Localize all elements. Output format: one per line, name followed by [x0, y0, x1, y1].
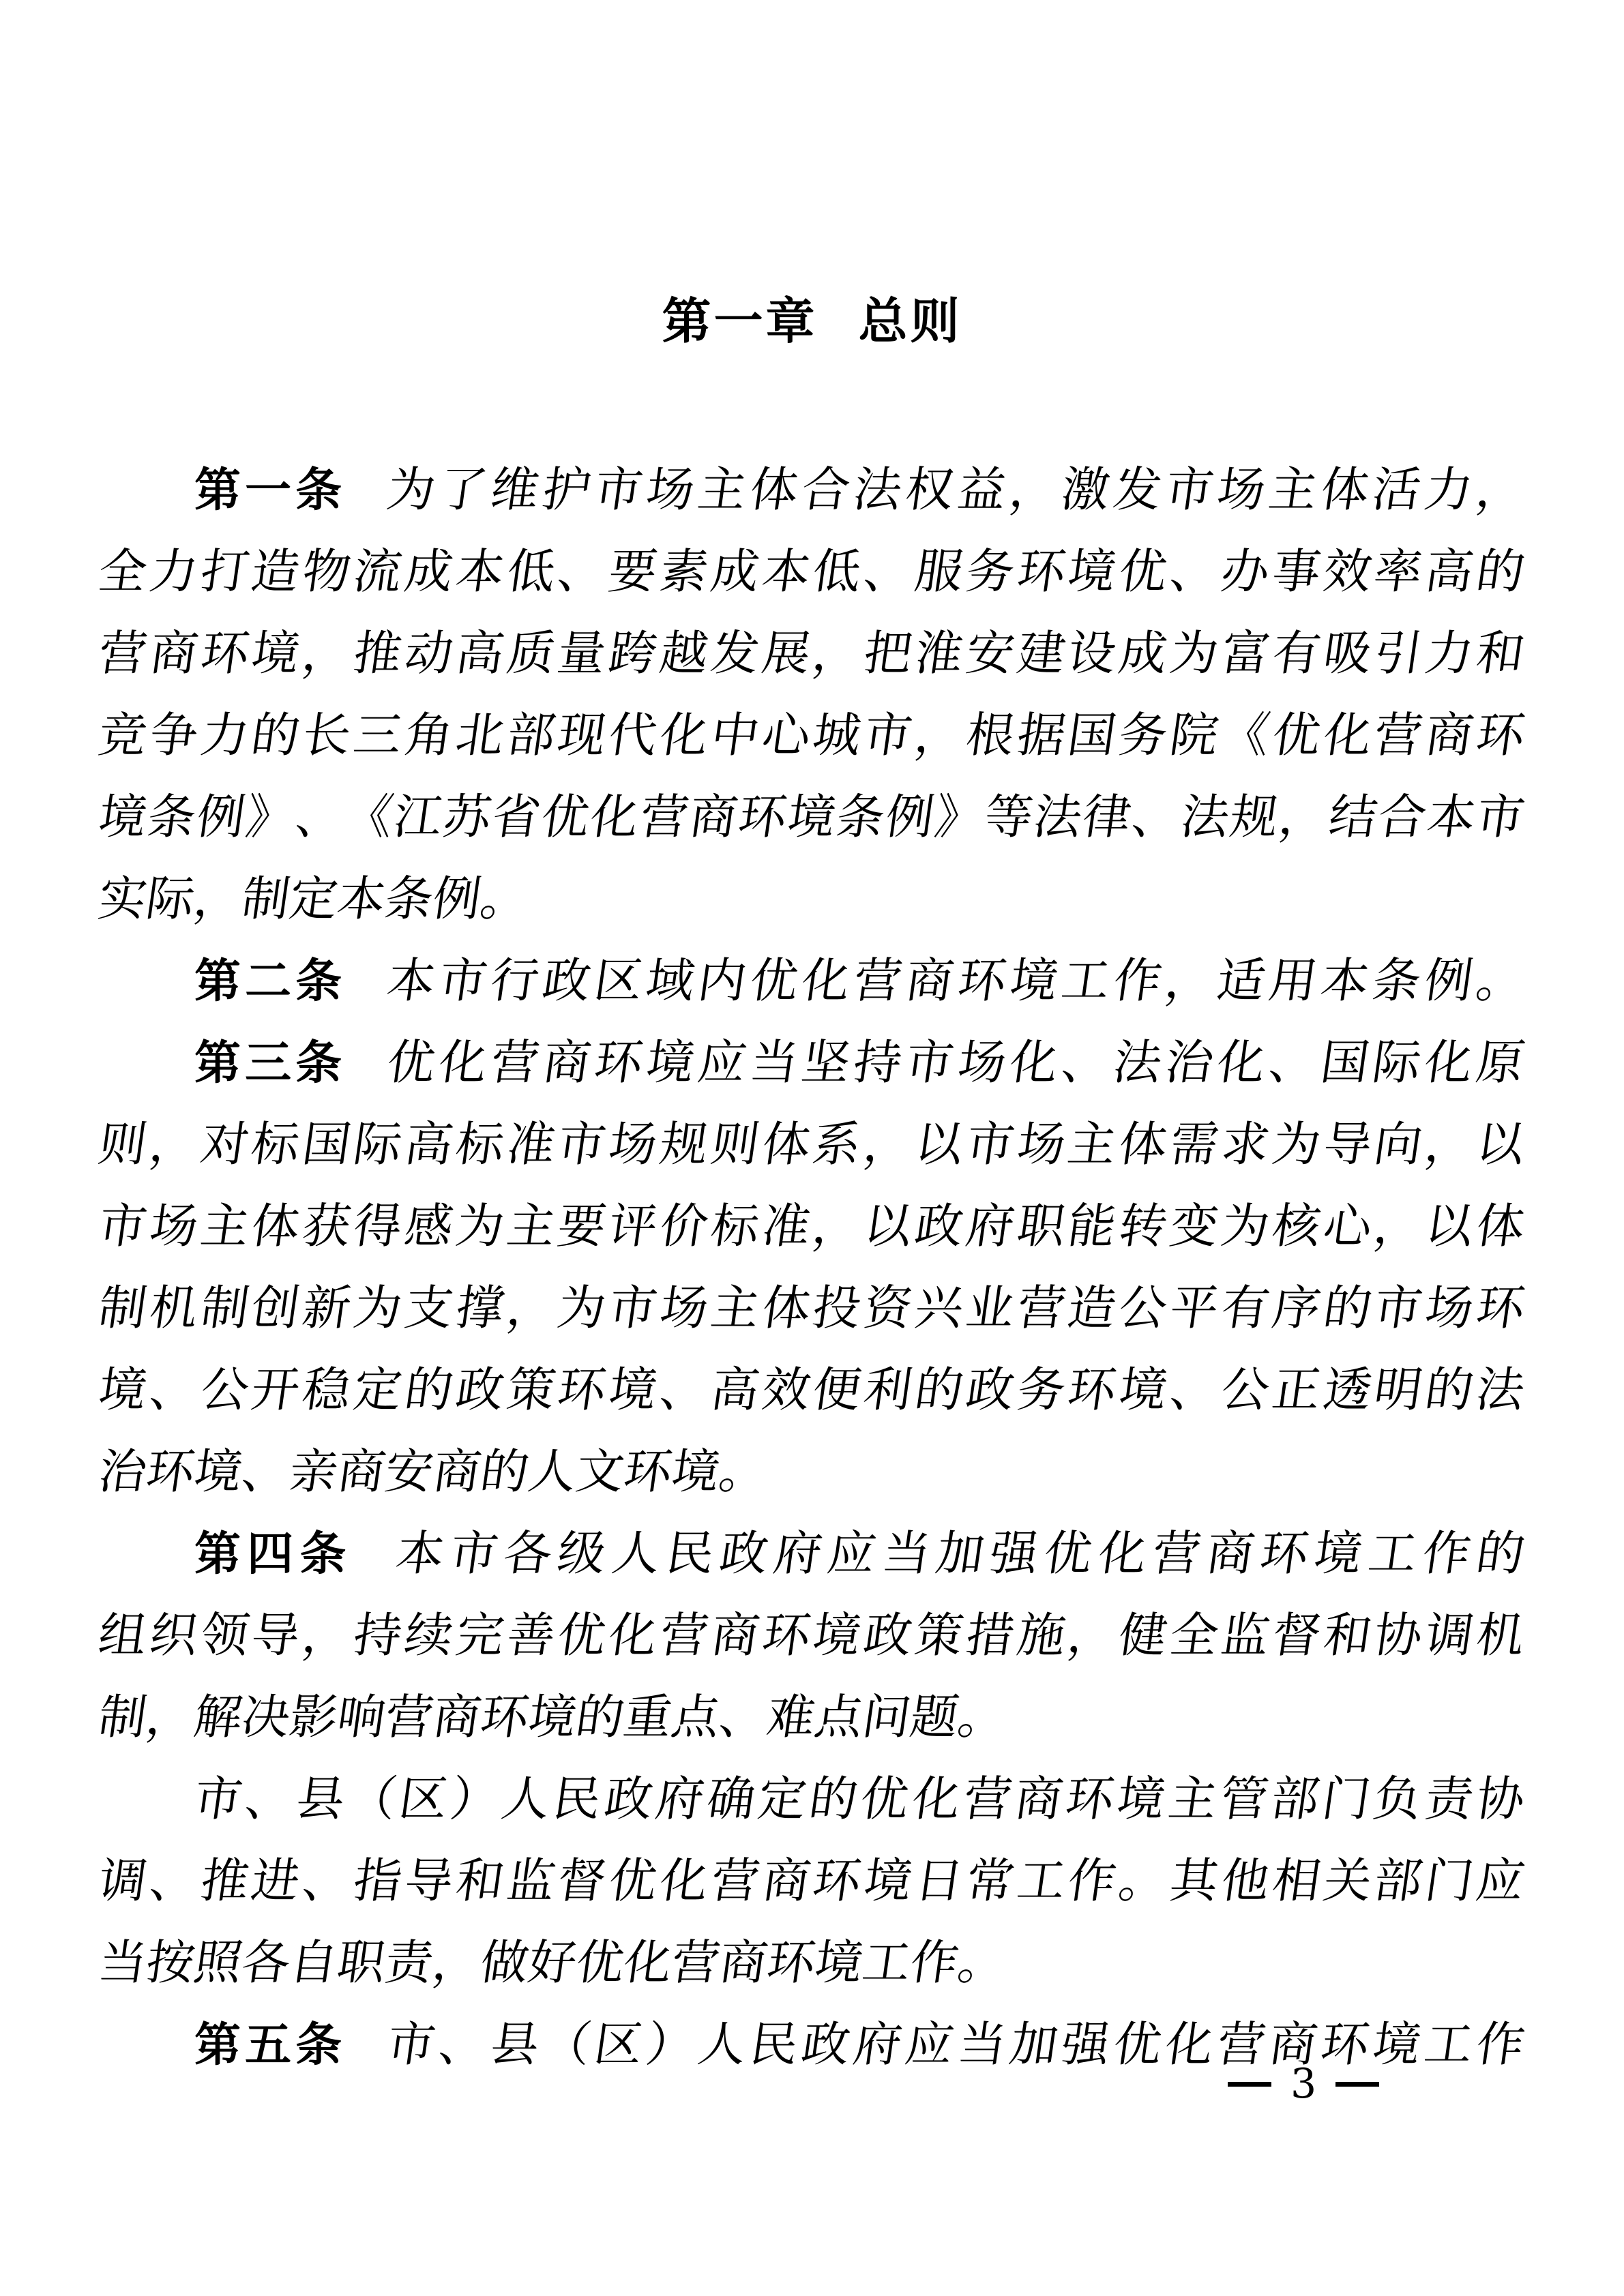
document-body: 第一条为了维护市场主体合法权益，激发市场主体活力，全力打造物流成本低、要素成本低…: [99, 452, 1524, 2089]
text-line: 制机制创新为支撑，为市场主体投资兴业营造公平有序的市场环: [99, 1270, 1524, 1352]
page-number-dash-right: [1335, 2082, 1379, 2087]
text-line: 第一条为了维护市场主体合法权益，激发市场主体活力，: [194, 452, 1524, 534]
text-line: 调、推进、指导和监督优化营商环境日常工作。其他相关部门应: [99, 1843, 1524, 1925]
text-line: 实际，制定本条例。: [99, 861, 1524, 943]
text-line: 境条例》、《江苏省优化营商环境条例》等法律、法规，结合本市: [99, 779, 1524, 861]
text-line: 治环境、亲商安商的人文环境。: [99, 1434, 1524, 1516]
text-line: 则，对标国际高标准市场规则体系，以市场主体需求为导向，以: [99, 1107, 1524, 1189]
text-line: 第四条本市各级人民政府应当加强优化营商环境工作的: [194, 1516, 1524, 1598]
document-page: 第一章 总则 第一条为了维护市场主体合法权益，激发市场主体活力，全力打造物流成本…: [0, 0, 1624, 2296]
chapter-number: 第一章: [662, 295, 817, 349]
page-number-dash-left: [1228, 2082, 1271, 2087]
page-number: 3: [1228, 2059, 1379, 2108]
text-line: 全力打造物流成本低、要素成本低、服务环境优、办事效率高的: [99, 534, 1524, 616]
chapter-title: 第一章 总则: [0, 295, 1624, 349]
text-line: 组织领导，持续完善优化营商环境政策措施，健全监督和协调机: [99, 1598, 1524, 1680]
text-line: 第三条优化营商环境应当坚持市场化、法治化、国际化原: [194, 1025, 1524, 1107]
text-line: 市场主体获得感为主要评价标准，以政府职能转变为核心，以体: [99, 1189, 1524, 1270]
text-line: 市、县（区）人民政府确定的优化营商环境主管部门负责协: [194, 1761, 1524, 1843]
text-line: 竞争力的长三角北部现代化中心城市，根据国务院《优化营商环: [99, 698, 1524, 779]
text-line: 营商环境，推动高质量跨越发展，把淮安建设成为富有吸引力和: [99, 616, 1524, 698]
text-line: 第二条本市行政区域内优化营商环境工作，适用本条例。: [194, 943, 1524, 1025]
text-line: 制，解决影响营商环境的重点、难点问题。: [99, 1680, 1524, 1761]
page-number-value: 3: [1290, 2059, 1316, 2108]
text-line: 当按照各自职责，做好优化营商环境工作。: [99, 1925, 1524, 2007]
text-line: 境、公开稳定的政策环境、高效便利的政务环境、公正透明的法: [99, 1352, 1524, 1434]
chapter-name: 总则: [859, 295, 962, 349]
